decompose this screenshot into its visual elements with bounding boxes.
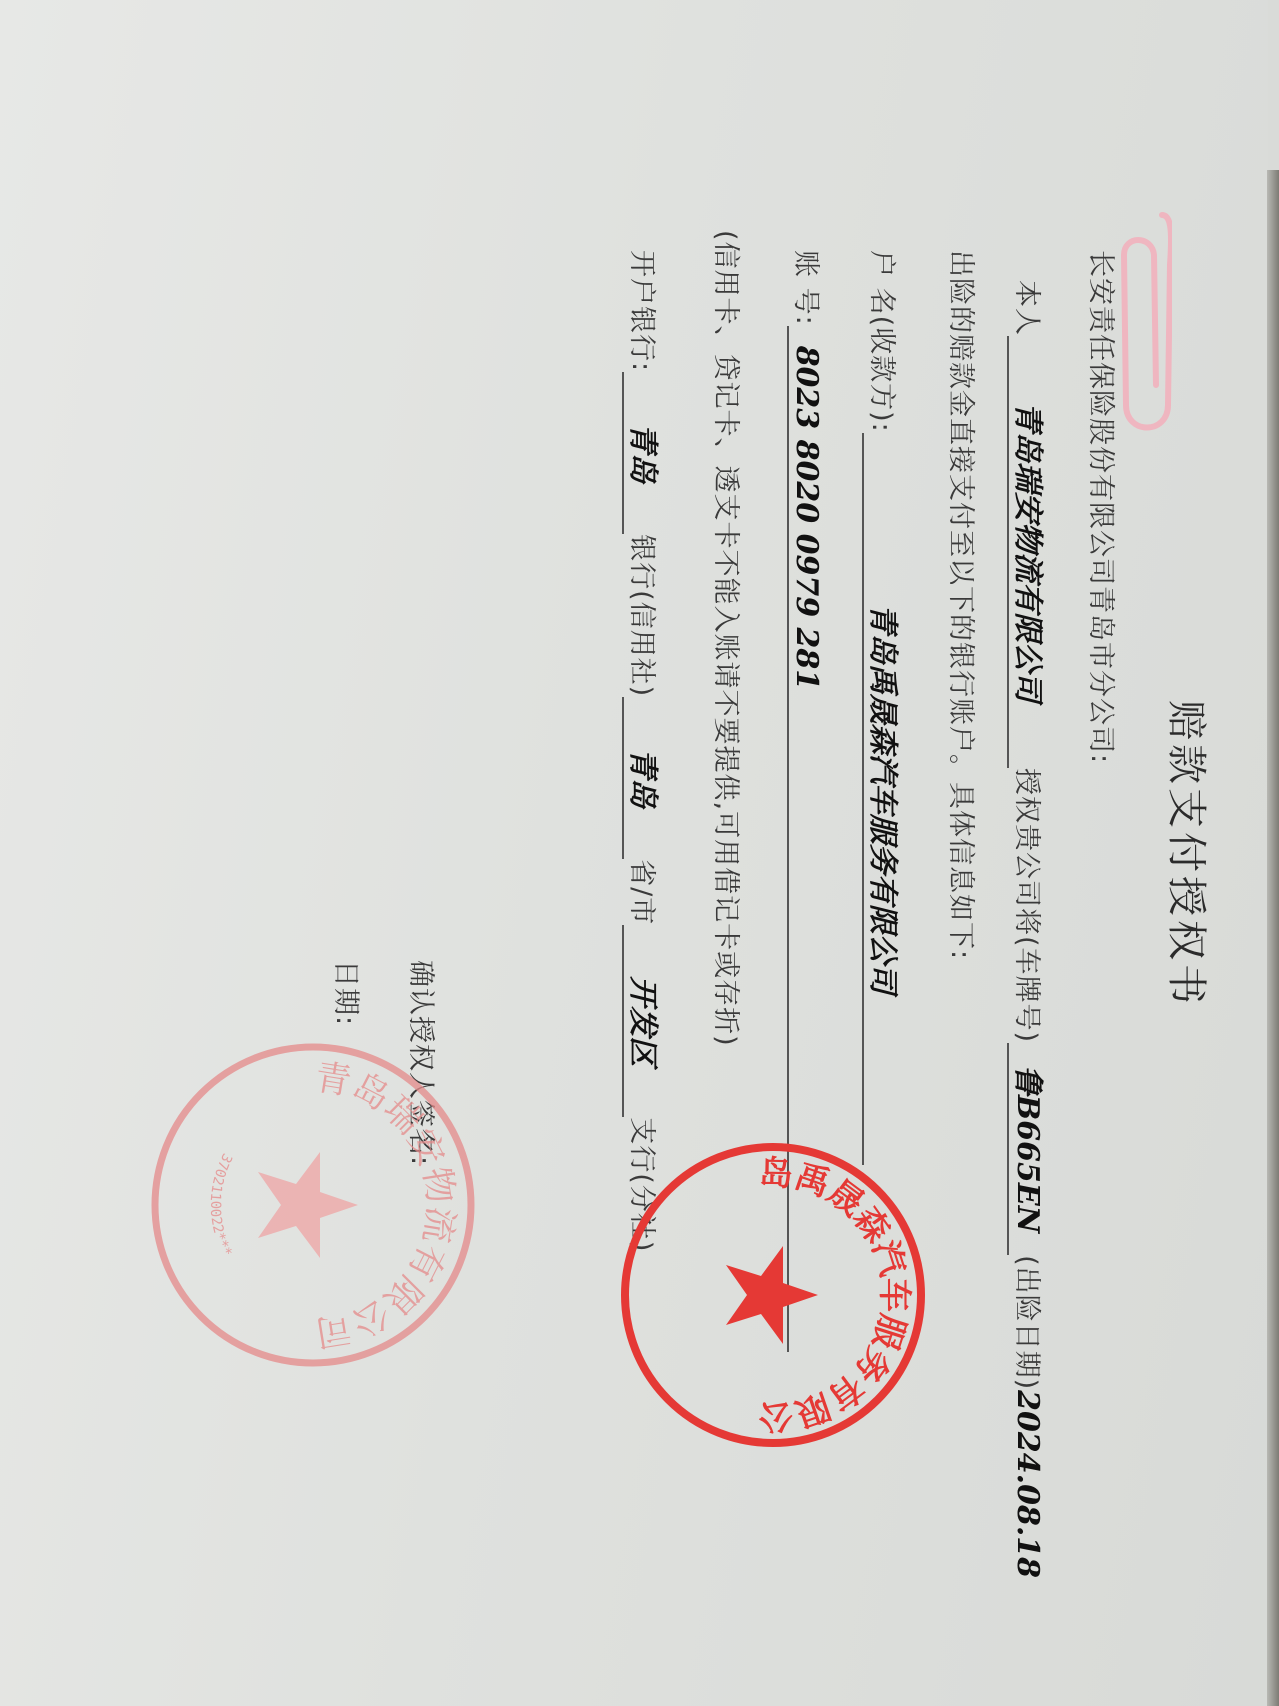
province-field[interactable]: 青岛 [622,697,668,859]
accident-date-label: (出险日期) [1011,1255,1042,1390]
body-line-1: 本人青岛瑞安物流有限公司授权贵公司将(车牌号)鲁B665EN(出险日期)2024… [1007,280,1053,1578]
svg-text:3702110022***: 3702110022*** [207,1151,235,1260]
accident-date-field[interactable]: 2024.08.18 [1010,1390,1045,1578]
bank-label: 开户银行: [626,250,657,372]
card-note: (信用卡、贷记卡、透支卡不能入账请不要提供,可用借记卡或存折) [709,230,748,1047]
form-title: 赔款支付授权书 [1161,700,1218,1008]
account-number-label: 账 号: [790,250,821,326]
branch-field[interactable]: 开发区 [622,925,668,1117]
province-suffix: 省/市 [626,859,657,925]
account-name-field[interactable]: 青岛禹晟森汽车服务有限公司 [862,433,908,1165]
plate-number-field[interactable]: 鲁B665EN [1007,1043,1053,1255]
company-name-field[interactable]: 青岛瑞安物流有限公司 [1007,336,1053,768]
account-name-row: 户 名(收款方):青岛禹晟森汽车服务有限公司 [862,250,908,1165]
body-prefix: 本人 [1011,280,1042,336]
account-name-label: 户 名(收款方): [866,250,897,433]
body-line-2: 出险的赔款金直接支付至以下的银行账户。具体信息如下: [944,250,983,960]
authorizer-seal: 青岛瑞安物流有限公司 3702110022*** [148,1040,478,1370]
authorizer-seal-code: 3702110022*** [207,1151,235,1260]
bank-name-field[interactable]: 青岛 [622,372,668,534]
bank-row: 开户银行:青岛银行(信用社)青岛省/市开发区支行(分社) [622,250,668,1252]
payee-seal: 青岛禹晟森汽车服务有限公司 [618,1140,928,1450]
authorization-form: 赔款支付授权书 长安责任保险股份有限公司青岛市分公司: 本人青岛瑞安物流有限公司… [0,0,1268,1706]
date-label: 日期: [329,960,368,1026]
table-edge [1267,170,1279,1706]
body-middle: 授权贵公司将(车牌号) [1011,768,1042,1043]
addressee: 长安责任保险股份有限公司青岛市分公司: [1084,250,1123,764]
bank-suffix: 银行(信用社) [626,534,657,697]
